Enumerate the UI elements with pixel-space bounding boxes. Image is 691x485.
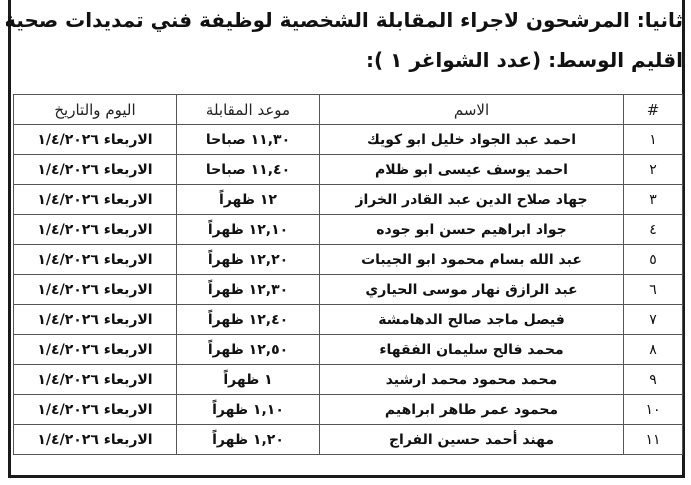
row-index: ٧ [624, 305, 683, 335]
row-index: ٣ [624, 185, 683, 215]
row-day-date: الاربعاء ١/٤/٢٠٢٦ [14, 155, 177, 185]
row-day-date: الاربعاء ١/٤/٢٠٢٦ [14, 275, 177, 305]
candidates-table: # الاسم موعد المقابلة اليوم والتاريخ ١ ا… [13, 94, 683, 455]
header-interview-time: موعد المقابلة [177, 95, 320, 125]
row-interview-time: ١ ظهراً [177, 365, 320, 395]
row-index: ١ [624, 125, 683, 155]
row-day-date: الاربعاء ١/٤/٢٠٢٦ [14, 365, 177, 395]
row-name: مهند أحمد حسين الفراج [320, 425, 624, 455]
row-interview-time: ١,٢٠ ظهراً [177, 425, 320, 455]
row-name: جهاد صلاح الدين عبد القادر الخراز [320, 185, 624, 215]
table-row: ٤ جواد ابراهيم حسن ابو جوده ١٢,١٠ ظهراً … [14, 215, 683, 245]
table-row: ١١ مهند أحمد حسين الفراج ١,٢٠ ظهراً الار… [14, 425, 683, 455]
table-row: ٦ عبد الرازق نهار موسى الحياري ١٢,٣٠ ظهر… [14, 275, 683, 305]
row-interview-time: ١٢,٢٠ ظهراً [177, 245, 320, 275]
row-interview-time: ١١,٣٠ صباحا [177, 125, 320, 155]
table-row: ١ احمد عبد الجواد خليل ابو كويك ١١,٣٠ صب… [14, 125, 683, 155]
row-index: ٤ [624, 215, 683, 245]
title-line-2: اقليم الوسط: (عدد الشواغر ١ ): [6, 40, 683, 80]
row-name: جواد ابراهيم حسن ابو جوده [320, 215, 624, 245]
section-title: ثانيا: المرشحون لاجراء المقابلة الشخصية … [6, 0, 683, 80]
row-name: محمد محمود محمد ارشيد [320, 365, 624, 395]
table-row: ٩ محمد محمود محمد ارشيد ١ ظهراً الاربعاء… [14, 365, 683, 395]
row-day-date: الاربعاء ١/٤/٢٠٢٦ [14, 395, 177, 425]
row-interview-time: ١١,٤٠ صباحا [177, 155, 320, 185]
title-line-1: ثانيا: المرشحون لاجراء المقابلة الشخصية … [6, 0, 683, 40]
row-day-date: الاربعاء ١/٤/٢٠٢٦ [14, 425, 177, 455]
row-name: محمد فالح سليمان الفقهاء [320, 335, 624, 365]
header-index: # [624, 95, 683, 125]
table-row: ٨ محمد فالح سليمان الفقهاء ١٢,٥٠ ظهراً ا… [14, 335, 683, 365]
row-name: احمد يوسف عيسى ابو ظلام [320, 155, 624, 185]
row-index: ٨ [624, 335, 683, 365]
header-name: الاسم [320, 95, 624, 125]
row-index: ٢ [624, 155, 683, 185]
row-name: عبد الله بسام محمود ابو الجيبات [320, 245, 624, 275]
row-interview-time: ١٢,٤٠ ظهراً [177, 305, 320, 335]
row-interview-time: ١,١٠ ظهراً [177, 395, 320, 425]
row-index: ١١ [624, 425, 683, 455]
row-name: محمود عمر طاهر ابراهيم [320, 395, 624, 425]
header-day-date: اليوم والتاريخ [14, 95, 177, 125]
row-name: فيصل ماجد صالح الدهامشة [320, 305, 624, 335]
row-interview-time: ١٢,٣٠ ظهراً [177, 275, 320, 305]
table-row: ٧ فيصل ماجد صالح الدهامشة ١٢,٤٠ ظهراً ال… [14, 305, 683, 335]
table-row: ١٠ محمود عمر طاهر ابراهيم ١,١٠ ظهراً الا… [14, 395, 683, 425]
row-index: ٦ [624, 275, 683, 305]
row-day-date: الاربعاء ١/٤/٢٠٢٦ [14, 125, 177, 155]
row-day-date: الاربعاء ١/٤/٢٠٢٦ [14, 245, 177, 275]
row-index: ١٠ [624, 395, 683, 425]
row-day-date: الاربعاء ١/٤/٢٠٢٦ [14, 185, 177, 215]
row-day-date: الاربعاء ١/٤/٢٠٢٦ [14, 215, 177, 245]
row-day-date: الاربعاء ١/٤/٢٠٢٦ [14, 305, 177, 335]
row-index: ٥ [624, 245, 683, 275]
row-interview-time: ١٢,١٠ ظهراً [177, 215, 320, 245]
table-row: ٢ احمد يوسف عيسى ابو ظلام ١١,٤٠ صباحا ال… [14, 155, 683, 185]
table-header-row: # الاسم موعد المقابلة اليوم والتاريخ [14, 95, 683, 125]
table-row: ٣ جهاد صلاح الدين عبد القادر الخراز ١٢ ظ… [14, 185, 683, 215]
row-index: ٩ [624, 365, 683, 395]
row-day-date: الاربعاء ١/٤/٢٠٢٦ [14, 335, 177, 365]
row-interview-time: ١٢ ظهراً [177, 185, 320, 215]
table-row: ٥ عبد الله بسام محمود ابو الجيبات ١٢,٢٠ … [14, 245, 683, 275]
row-name: احمد عبد الجواد خليل ابو كويك [320, 125, 624, 155]
row-name: عبد الرازق نهار موسى الحياري [320, 275, 624, 305]
row-interview-time: ١٢,٥٠ ظهراً [177, 335, 320, 365]
